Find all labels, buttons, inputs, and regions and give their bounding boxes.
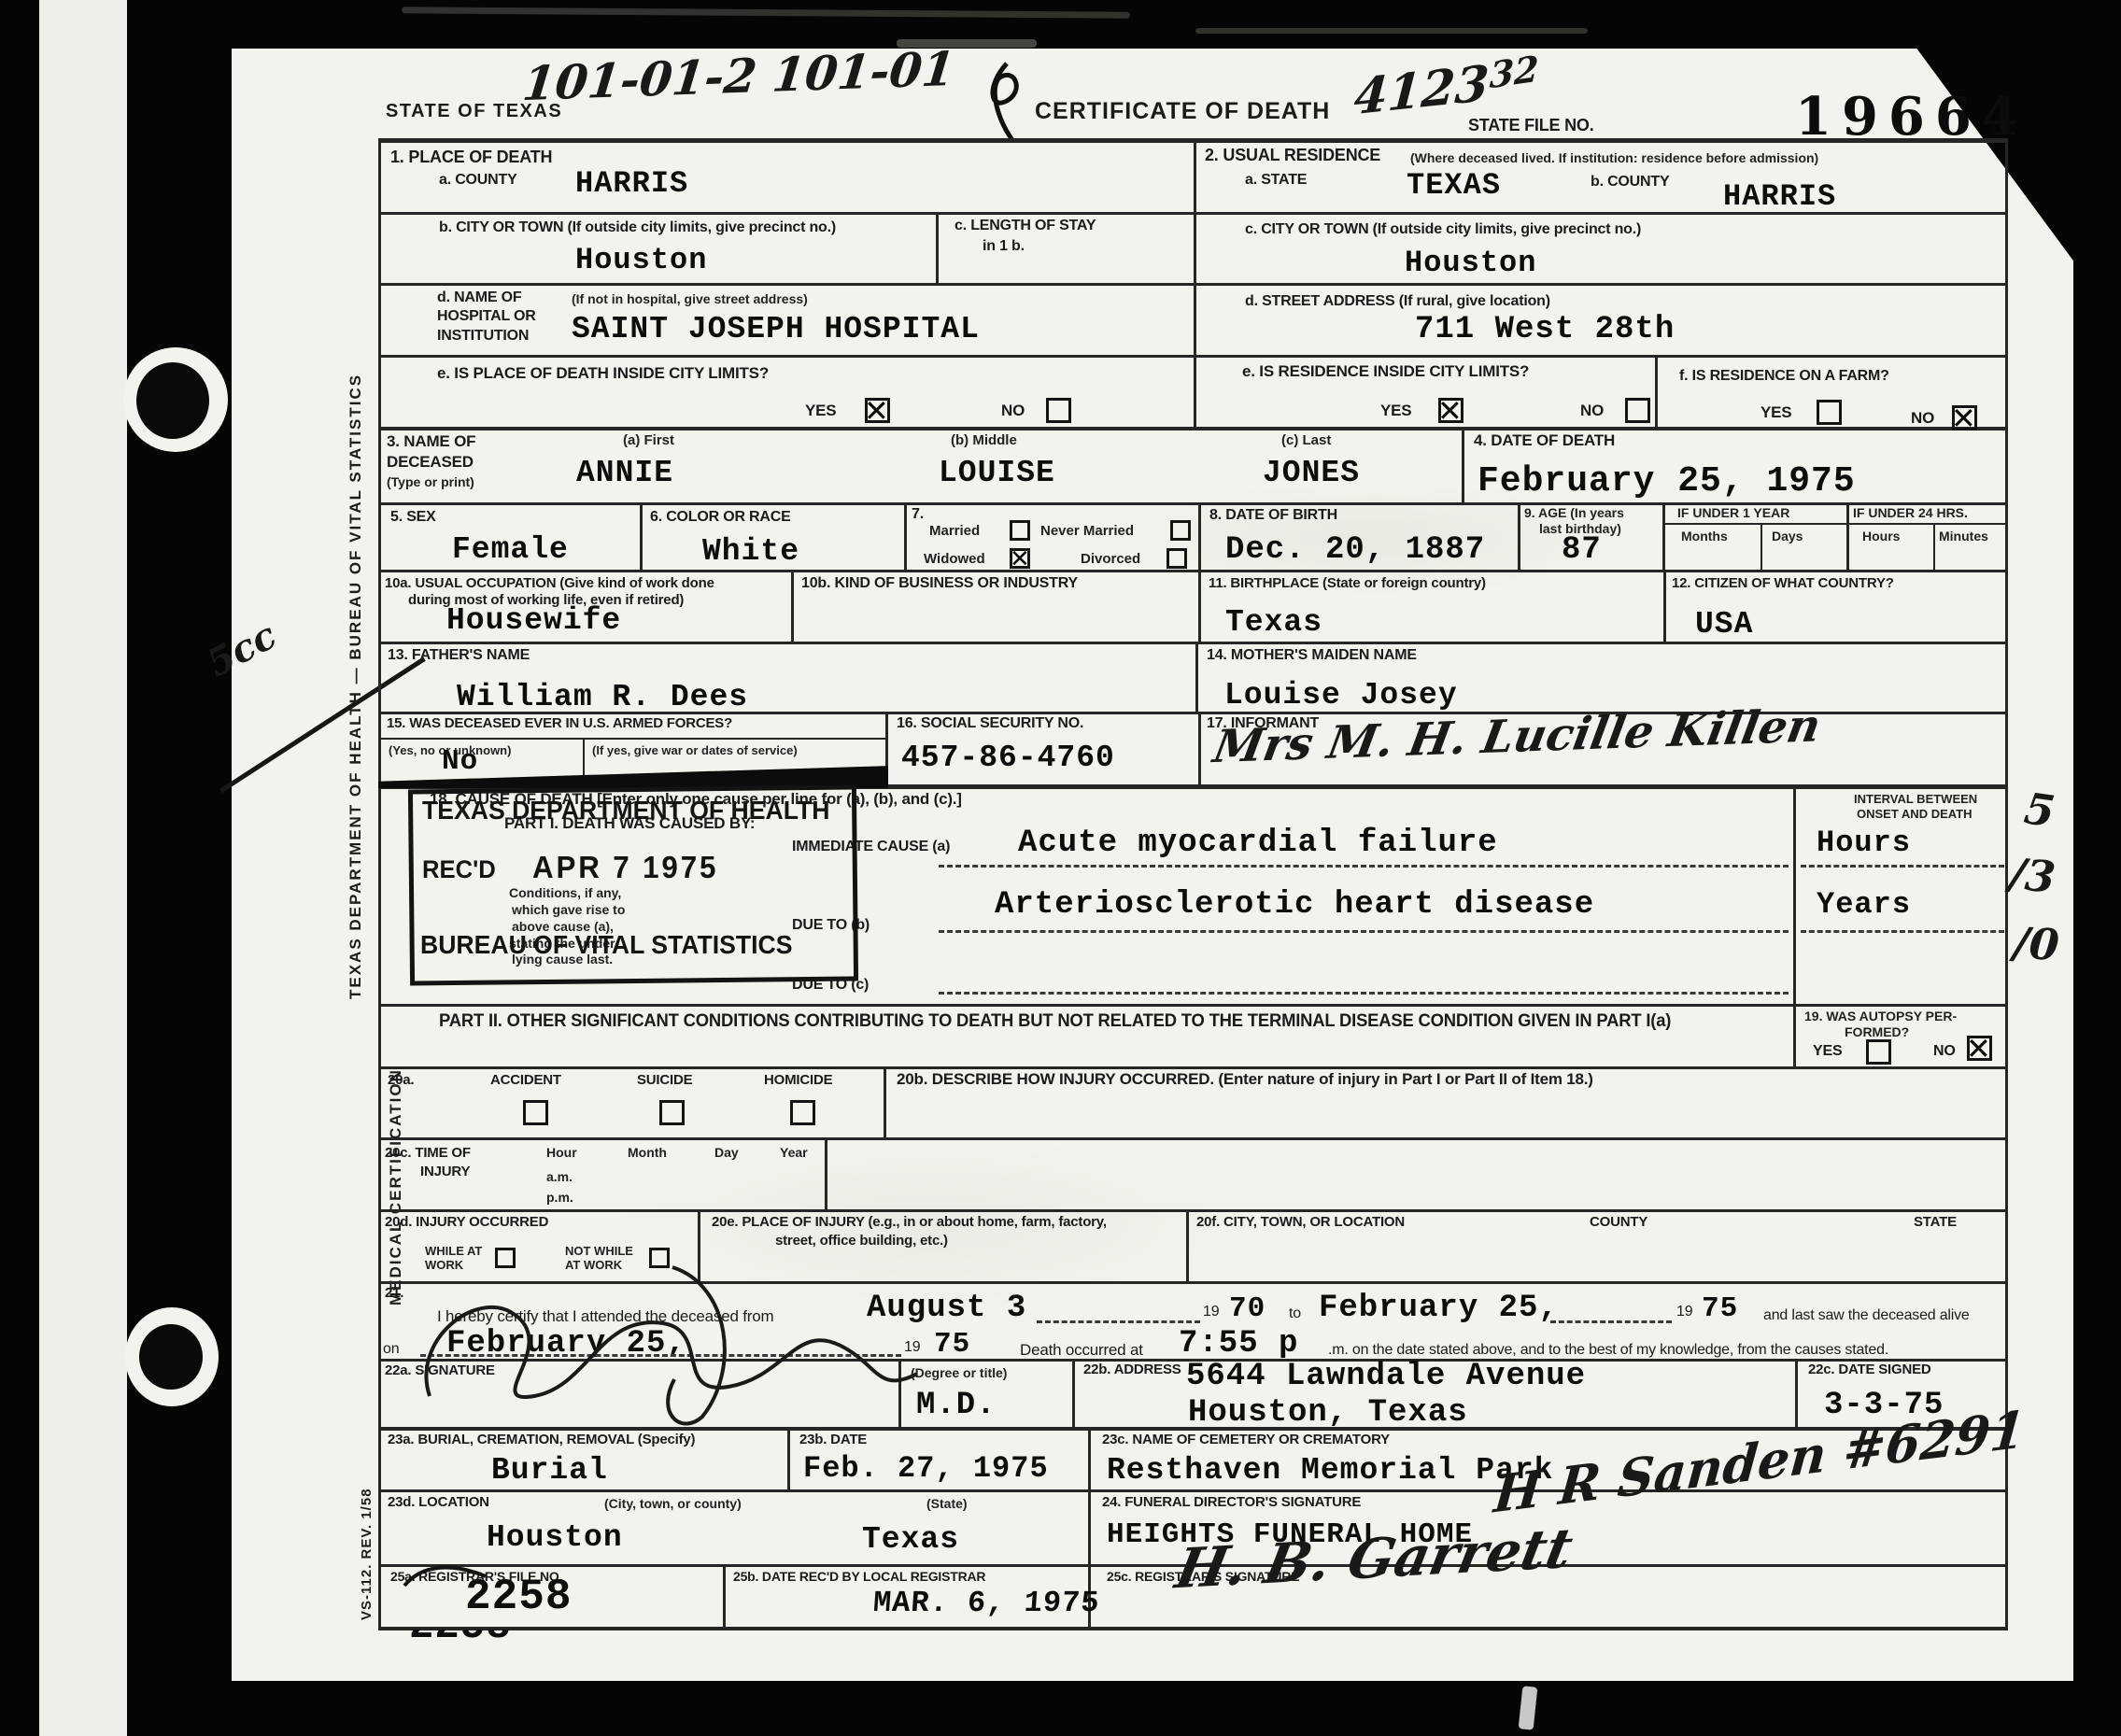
table-border: [378, 1066, 2008, 1069]
farm-label: f. IS RESIDENCE ON A FARM?: [1679, 368, 1889, 385]
accident-label: ACCIDENT: [490, 1072, 561, 1088]
scan-streak: [1195, 28, 1588, 34]
table-border: [1186, 1209, 1189, 1281]
registrar-date-value: MAR. 6, 1975: [872, 1586, 1101, 1620]
pre-19-b: 19: [1676, 1304, 1692, 1320]
age-label-1: 9. AGE (In years: [1524, 505, 1624, 520]
pre-19-a: 19: [1203, 1304, 1219, 1320]
location-city-sublabel: (City, town, or county): [604, 1496, 742, 1511]
minutes-label: Minutes: [1939, 529, 1988, 543]
table-border: [1662, 502, 1665, 570]
attended-to-date: February 25,: [1319, 1291, 1559, 1326]
immediate-cause-value: Acute myocardial failure: [1018, 826, 1498, 861]
if-under-1-year-label: IF UNDER 1 YEAR: [1677, 505, 1789, 520]
date-of-death-label: 4. DATE OF DEATH: [1474, 431, 1615, 450]
hospital-label-3: INSTITUTION: [437, 328, 529, 345]
cemetery-value: Resthaven Memorial Park: [1107, 1453, 1553, 1488]
table-border: [1933, 523, 1935, 570]
occupation-label-1: 10a. USUAL OCCUPATION (Give kind of work…: [385, 575, 714, 591]
interval-header-1: INTERVAL BETWEEN: [1854, 792, 1977, 806]
res-county-value: HARRIS: [1723, 179, 1836, 214]
burial-date-value: Feb. 27, 1975: [803, 1451, 1049, 1486]
homicide-label: HOMICIDE: [764, 1072, 832, 1088]
hour-label: Hour: [546, 1145, 577, 1160]
divorced-label: Divorced: [1081, 551, 1140, 567]
suicide-label: SUICIDE: [637, 1072, 692, 1088]
label-20c-1: 20c. TIME OF: [385, 1145, 471, 1161]
autopsy-label-1: 19. WAS AUTOPSY PER-: [1804, 1009, 1957, 1023]
age-value: 87: [1562, 532, 1602, 568]
scanned-death-certificate: 5cc TEXAS DEPARTMENT OF HEALTH — BUREAU …: [0, 0, 2121, 1736]
am-label: a.m.: [546, 1169, 573, 1184]
armed-forces-value: No: [442, 745, 478, 778]
interval-header-2: ONSET AND DEATH: [1857, 807, 1973, 821]
physician-signature: [392, 1256, 934, 1429]
ssn-label: 16. SOCIAL SECURITY NO.: [897, 715, 1083, 732]
table-border: [1846, 502, 1849, 570]
citizen-label: 12. CITIZEN OF WHAT COUNTRY?: [1672, 575, 1894, 591]
occupation-value: Housewife: [446, 603, 621, 638]
date-signed-label: 22c. DATE SIGNED: [1808, 1362, 1931, 1377]
table-border: [1655, 355, 1658, 427]
punch-hole: [139, 1324, 203, 1390]
days-label: Days: [1772, 529, 1803, 543]
residence-title: 2. USUAL RESIDENCE: [1205, 146, 1380, 165]
birth-date-value: Dec. 20, 1887: [1225, 532, 1485, 568]
certificate-title: CERTIFICATE OF DEATH: [1035, 98, 1330, 125]
pod-county-label: a. COUNTY: [439, 172, 517, 189]
degree-label: (Degree or title): [911, 1365, 1007, 1380]
address-line-1: 5644 Lawndale Avenue: [1186, 1359, 1586, 1394]
punch-hole: [136, 362, 209, 439]
entry-line: [939, 930, 1789, 933]
table-border: [1072, 1359, 1075, 1427]
pod-city-value: Houston: [575, 243, 707, 277]
label-20f: 20f. CITY, TOWN, OR LOCATION: [1196, 1214, 1405, 1230]
table-border: [1198, 502, 1201, 570]
farm-yes-checkbox: [1817, 400, 1842, 425]
attended-to-year: 75: [1702, 1292, 1738, 1325]
label-20a: 20a.: [388, 1072, 414, 1088]
cemetery-label: 23c. NAME OF CEMETERY OR CREMATORY: [1102, 1432, 1390, 1447]
table-border: [787, 1427, 790, 1489]
table-border: [378, 642, 2008, 644]
form-number-vertical-text: VS-112. REV. 1/58: [359, 1433, 375, 1620]
farm-no-label: NO: [1911, 409, 1934, 428]
entry-line: [939, 865, 1789, 868]
entry-line: [939, 992, 1789, 995]
res-county-label: b. COUNTY: [1591, 174, 1669, 191]
table-border: [1795, 1359, 1798, 1427]
res-limits-yes-label: YES: [1380, 402, 1411, 420]
burial-date-label: 23b. DATE: [799, 1432, 867, 1447]
burial-value: Burial: [491, 1453, 608, 1488]
residence-title-note: (Where deceased lived. If institution: r…: [1410, 150, 1818, 165]
label-20b: 20b. DESCRIBE HOW INJURY OCCURRED. (Ente…: [897, 1070, 1593, 1089]
certify-text-6: .m. on the date stated above, and to the…: [1328, 1342, 1888, 1359]
name-label-3: (Type or print): [387, 474, 474, 489]
handwritten-interval-3: /0: [2012, 917, 2060, 970]
label-20c-2: INJURY: [420, 1164, 470, 1179]
ssn-value: 457-86-4760: [901, 741, 1115, 775]
month-label: Month: [628, 1145, 667, 1160]
industry-label: 10b. KIND OF BUSINESS OR INDUSTRY: [801, 575, 1078, 592]
table-border: [723, 1564, 726, 1627]
entry-line: [1037, 1320, 1200, 1323]
table-border: [1198, 570, 1201, 642]
location-state-value: Texas: [862, 1522, 959, 1557]
res-state-value: TEXAS: [1407, 168, 1501, 203]
table-border: [640, 502, 643, 570]
address-line-2: Houston, Texas: [1188, 1395, 1468, 1431]
never-married-checkbox: [1170, 520, 1191, 541]
interval-a-value: Hours: [1817, 826, 1911, 860]
accident-checkbox: [523, 1100, 548, 1125]
length-of-stay-label: c. LENGTH OF STAY: [954, 218, 1096, 234]
res-limits-no-checkbox: [1625, 398, 1650, 423]
table-border: [378, 427, 2008, 430]
table-border: [1462, 427, 1464, 502]
pod-limits-no-label: NO: [1001, 402, 1025, 420]
if-under-24-hrs-label: IF UNDER 24 HRS.: [1853, 505, 1968, 520]
hospital-label-2: HOSPITAL OR: [437, 308, 536, 325]
autopsy-no-checkbox: [1967, 1036, 1992, 1061]
handwritten-interval-2: /3: [2007, 848, 2057, 903]
location-label: 23d. LOCATION: [388, 1494, 489, 1510]
table-border: [378, 738, 888, 740]
table-border: [378, 1209, 2008, 1212]
state-column-label: STATE: [1914, 1214, 1957, 1230]
pm-label: p.m.: [546, 1190, 573, 1205]
farm-no-checkbox: [1952, 405, 1977, 430]
last-name-value: JONES: [1263, 456, 1360, 490]
table-border: [378, 138, 381, 1629]
table-border: [378, 1004, 2008, 1007]
location-city-value: Houston: [487, 1520, 623, 1555]
autopsy-yes-label: YES: [1813, 1043, 1842, 1060]
table-border: [1662, 523, 2008, 525]
table-border: [1518, 502, 1520, 570]
widowed-checkbox: [1010, 548, 1030, 569]
middle-name-label: (b) Middle: [951, 432, 1017, 448]
certify-text-2: to: [1289, 1306, 1301, 1322]
table-border: [1195, 642, 1198, 712]
res-city-label: c. CITY OR TOWN (If outside city limits,…: [1245, 221, 1641, 238]
autopsy-label-2: FORMED?: [1845, 1024, 1909, 1039]
married-label: Married: [929, 523, 980, 539]
last-name-label: (c) Last: [1281, 432, 1331, 448]
hours-label: Hours: [1862, 529, 1900, 543]
pod-limits-yes-checkbox: [865, 398, 890, 423]
marital-label: 7.: [912, 506, 924, 523]
sex-value: Female: [452, 532, 569, 567]
father-value: William R. Dees: [457, 680, 748, 714]
interval-b-value: Years: [1817, 887, 1911, 922]
first-name-value: ANNIE: [576, 456, 673, 490]
pod-limits-yes-label: YES: [805, 402, 836, 420]
res-limits-label: e. IS RESIDENCE INSIDE CITY LIMITS?: [1242, 362, 1529, 381]
table-border: [378, 1137, 2008, 1140]
armed-forces-label: 15. WAS DECEASED EVER IN U.S. ARMED FORC…: [387, 715, 732, 731]
certify-text-5: Death occurred at: [1020, 1341, 1143, 1360]
label-20e-1: 20e. PLACE OF INJURY (e.g., in or about …: [712, 1214, 1107, 1230]
hospital-value: SAINT JOSEPH HOSPITAL: [572, 312, 980, 346]
table-border: [1194, 138, 1196, 427]
certify-text-3: and last saw the deceased alive: [1763, 1307, 1970, 1324]
birthplace-label: 11. BIRTHPLACE (State or foreign country…: [1209, 575, 1486, 591]
part2-label: PART II. OTHER SIGNIFICANT CONDITIONS CO…: [439, 1011, 1671, 1032]
months-label: Months: [1681, 529, 1728, 543]
entry-line: [1801, 865, 2004, 868]
birth-date-label: 8. DATE OF BIRTH: [1209, 507, 1337, 524]
table-border: [1793, 784, 1796, 1069]
table-border: [1760, 523, 1762, 570]
middle-name-value: LOUISE: [939, 456, 1055, 490]
state-file-no-label: STATE FILE NO.: [1468, 116, 1594, 135]
table-border: [936, 212, 939, 283]
race-value: White: [702, 534, 799, 569]
entry-line: [1550, 1320, 1672, 1323]
table-border: [1088, 1427, 1091, 1489]
divorced-checkbox: [1167, 548, 1187, 569]
table-border: [791, 570, 794, 642]
birthplace-value: Texas: [1225, 605, 1322, 640]
table-border: [1663, 570, 1666, 642]
film-edge-strip: [39, 0, 127, 1736]
pod-county-value: HARRIS: [575, 166, 688, 201]
left-margin-vertical-text: TEXAS DEPARTMENT OF HEALTH — BUREAU OF V…: [346, 224, 365, 999]
pen-mark-icon: [979, 58, 1030, 147]
table-border: [904, 502, 907, 570]
day-label: Day: [714, 1145, 739, 1160]
burial-label: 23a. BURIAL, CREMATION, REMOVAL (Specify…: [388, 1432, 695, 1447]
res-street-value: 711 West 28th: [1415, 312, 1675, 347]
table-border: [378, 570, 2008, 572]
handwritten-certificate-number-2: 32: [1489, 47, 1539, 96]
name-label-1: 3. NAME OF: [387, 432, 475, 451]
table-border: [825, 1137, 827, 1209]
hospital-label-1: d. NAME OF: [437, 289, 521, 306]
res-limits-yes-checkbox: [1438, 398, 1463, 423]
farm-yes-label: YES: [1760, 403, 1791, 422]
due-to-b-value: Arteriosclerotic heart disease: [995, 887, 1594, 923]
scan-streak: [1519, 1686, 1538, 1729]
year-label: Year: [780, 1145, 808, 1160]
armed-forces-sub-2: (If yes, give war or dates of service): [592, 743, 798, 757]
widowed-label: Widowed: [924, 551, 985, 567]
res-state-label: a. STATE: [1245, 172, 1307, 189]
last-seen-year: 75: [934, 1328, 970, 1361]
label-20e-2: street, office building, etc.): [775, 1233, 948, 1249]
res-limits-no-label: NO: [1580, 402, 1604, 420]
stamp-date: APR 7 1975: [532, 850, 718, 885]
registrar-date-label: 25b. DATE REC'D BY LOCAL REGISTRAR: [733, 1569, 985, 1584]
hospital-note: (If not in hospital, give street address…: [572, 291, 808, 306]
res-city-value: Houston: [1405, 246, 1536, 280]
mother-value: Louise Josey: [1224, 678, 1458, 713]
date-of-death-value: February 25, 1975: [1478, 461, 1856, 501]
autopsy-yes-checkbox: [1866, 1039, 1891, 1065]
table-border: [884, 1066, 886, 1137]
stamp-line-2: BUREAU OF VITAL STATISTICS: [420, 930, 793, 960]
suicide-checkbox: [659, 1100, 685, 1125]
homicide-checkbox: [790, 1100, 815, 1125]
length-of-stay-label-2: in 1 b.: [983, 238, 1025, 255]
address-label: 22b. ADDRESS: [1083, 1362, 1181, 1377]
place-of-death-title: 1. PLACE OF DEATH: [390, 148, 552, 167]
married-checkbox: [1010, 520, 1030, 541]
death-time-value: 7:55 p: [1179, 1326, 1298, 1362]
entry-line: [1801, 930, 2004, 933]
degree-value: M.D.: [916, 1388, 997, 1423]
res-street-label: d. STREET ADDRESS (If rural, give locati…: [1245, 293, 1550, 310]
stamp-line-1: TEXAS DEPARTMENT OF HEALTH: [422, 796, 829, 826]
autopsy-no-label: NO: [1933, 1043, 1956, 1060]
race-label: 6. COLOR OR RACE: [650, 509, 791, 526]
location-state-sublabel: (State): [926, 1496, 968, 1511]
sex-label: 5. SEX: [390, 509, 436, 526]
funeral-director-label: 24. FUNERAL DIRECTOR'S SIGNATURE: [1102, 1494, 1361, 1510]
stamp-recd: REC'D: [422, 855, 496, 884]
table-border: [378, 1627, 2008, 1630]
partial-cut-stamp: 2258: [409, 1630, 615, 1648]
mother-label: 14. MOTHER'S MAIDEN NAME: [1207, 647, 1417, 664]
name-label-2: DECEASED: [387, 453, 474, 472]
scan-streak: [402, 7, 1130, 18]
label-20d: 20d. INJURY OCCURRED: [385, 1214, 548, 1230]
table-border: [1088, 1489, 1091, 1564]
never-married-label: Never Married: [1040, 523, 1134, 539]
table-border: [1198, 712, 1201, 784]
registrar-file-value: 2258: [465, 1573, 572, 1621]
attended-from-year: 70: [1229, 1292, 1266, 1325]
pod-limits-label: e. IS PLACE OF DEATH INSIDE CITY LIMITS?: [437, 364, 769, 383]
pod-limits-no-checkbox: [1046, 398, 1071, 423]
first-name-label: (a) First: [623, 432, 674, 448]
citizen-value: USA: [1695, 607, 1753, 642]
father-label: 13. FATHER'S NAME: [388, 647, 530, 664]
pod-city-label: b. CITY OR TOWN (If outside city limits,…: [439, 219, 836, 236]
county-column-label: COUNTY: [1590, 1214, 1647, 1230]
